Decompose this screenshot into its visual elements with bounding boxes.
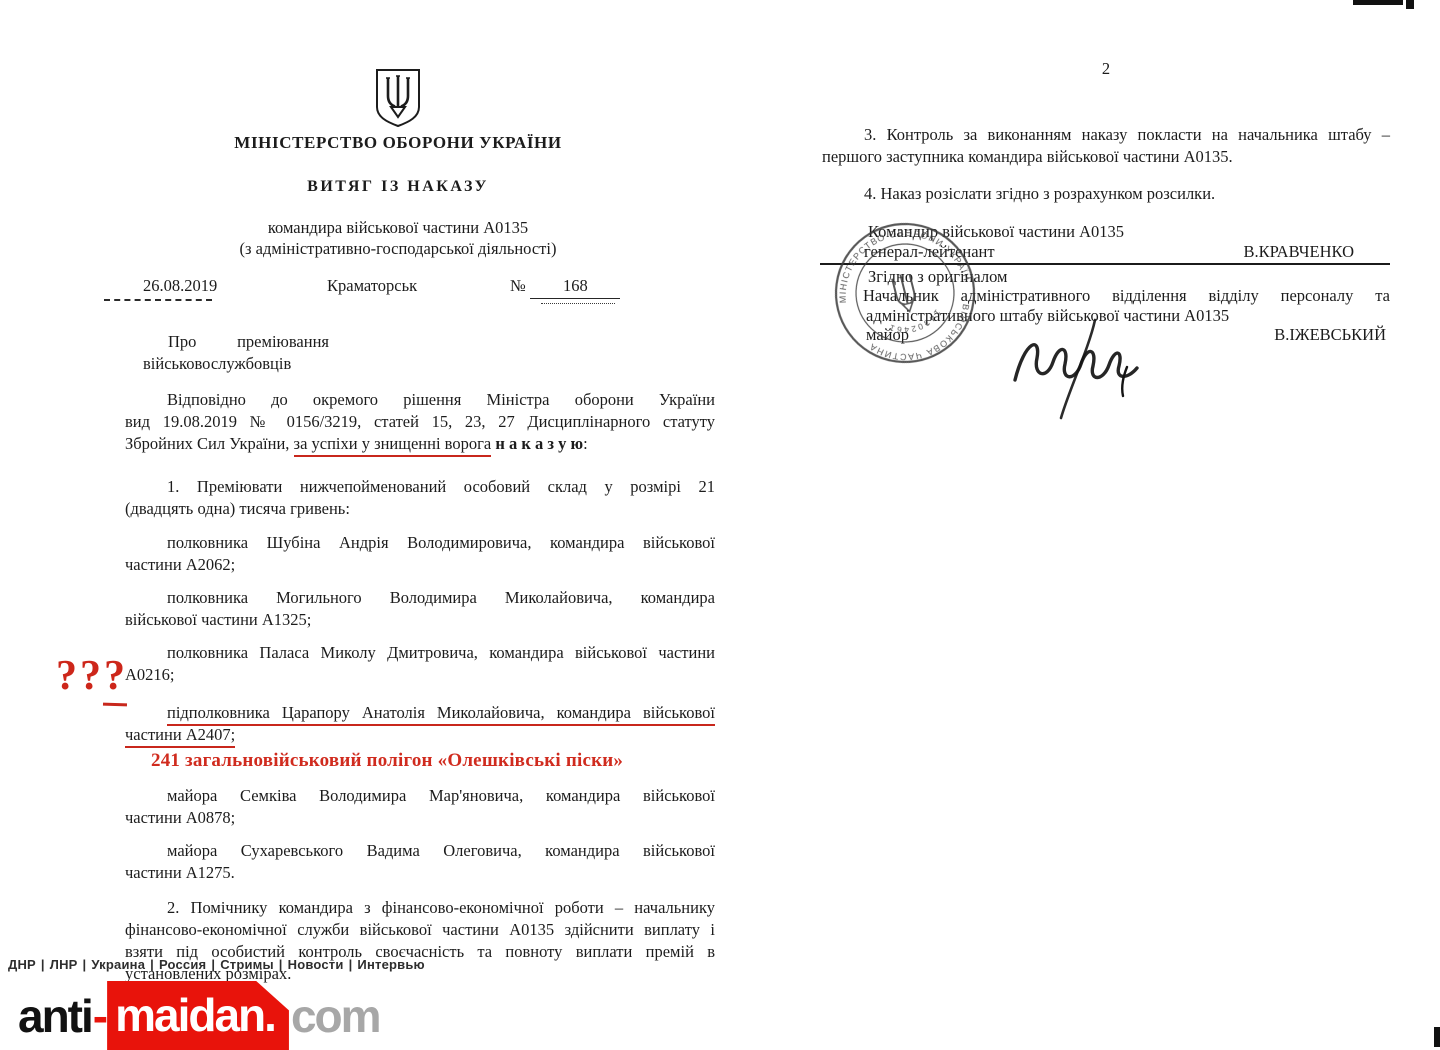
nav-separator: | [349, 957, 353, 972]
officer-line: А0216; [125, 664, 715, 686]
nav-separator: | [211, 957, 215, 972]
number-underline-dots [541, 303, 615, 304]
scan-artifact-top-right [1353, 0, 1403, 5]
item-3-line-2: першого заступника командира військової … [822, 146, 1390, 168]
addressee-line-1: командира військової частини А0135 [125, 217, 671, 238]
ministry-title: МІНІСТЕРСТВО ОБОРОНИ УКРАЇНИ [125, 133, 671, 153]
officer-line: частини А2062; [125, 554, 715, 576]
order-date: 26.08.2019 [143, 276, 217, 296]
officer-line-red-underlined: підполковника Царапору Анатолія Миколайо… [125, 702, 715, 724]
logo-text-com: com [291, 989, 380, 1043]
officer-entry: полковника Могильного Володимира Миколай… [125, 587, 715, 631]
item-1-line-2: (двадцять одна) тисяча гривень: [125, 498, 715, 520]
item-3: 3. Контроль за виконанням наказу покласт… [822, 124, 1390, 168]
officer-entry: майора Семківа Володимира Мар'яновича, к… [125, 785, 715, 829]
officer-line: полковника Могильного Володимира Миколай… [125, 587, 715, 609]
intro-line-3-pre: Збройних Сил України, [125, 434, 289, 453]
officer-line: військової частини А1325; [125, 609, 715, 631]
number-underline [530, 298, 620, 299]
item-4-line: 4. Наказ розіслати згідно з розрахунком … [822, 183, 1390, 205]
nav-item[interactable]: Новости [288, 957, 344, 972]
number-sign: № [510, 276, 526, 296]
subject-word-1: Про [168, 331, 196, 353]
stamp-trident-icon [892, 272, 919, 313]
item-1: 1. Преміювати нижчепойменований особовий… [125, 476, 715, 520]
officer-entry: полковника Паласа Миколу Дмитровича, ком… [125, 642, 715, 686]
trident-emblem-icon [373, 69, 423, 127]
stamp-ring-bottom-text: ВІЙСЬКОВА ЧАСТИНА [862, 301, 982, 372]
officer-line: частини А1275. [125, 862, 715, 884]
logo-text-anti: anti [18, 989, 92, 1043]
nav-separator: | [279, 957, 283, 972]
nav-item[interactable]: ДНР [8, 957, 36, 972]
footer-nav: ДНР|ЛНР|Украина|Россия|Стримы|Новости|Ин… [8, 957, 425, 972]
intro-line-3: Збройних Сил України, за успіхи у знищен… [125, 433, 715, 455]
officer-line-with-note: частини А2407;241 загальновійськовий пол… [125, 724, 715, 768]
officer-line: майора Сухаревського Вадима Олеговича, к… [125, 840, 715, 862]
nav-item[interactable]: Украина [91, 957, 145, 972]
officer-line: полковника Шубіна Андрія Володимировича,… [125, 532, 715, 554]
date-underline [104, 299, 212, 301]
intro-line-1: Відповідно до окремого рішення Міністра … [125, 389, 715, 411]
intro-paragraph: Відповідно до окремого рішення Міністра … [125, 389, 715, 455]
item-3-line-1: 3. Контроль за виконанням наказу покласт… [822, 124, 1390, 146]
officer-line: майора Семківа Володимира Мар'яновича, к… [125, 785, 715, 807]
item-2-line-2: фінансово-економічної служби військової … [125, 919, 715, 941]
nav-separator: | [150, 957, 154, 972]
officer-entry: полковника Шубіна Андрія Володимировича,… [125, 532, 715, 576]
logo-red-shape: maidan. [107, 981, 289, 1050]
logo-text-maidan: maidan. [115, 989, 275, 1041]
red-underlined-text: підполковника Царапору Анатолія Миколайо… [167, 703, 715, 726]
document-page-right: 2 3. Контроль за виконанням наказу покла… [822, 60, 1390, 345]
stamp-number: 14302461 [884, 306, 946, 340]
officer-list: полковника Шубіна Андрія Володимировича,… [125, 532, 715, 884]
stamp-ring-top-text: МІНІСТЕРСТВО ОБОРОНИ УКРАЇНИ [814, 202, 972, 316]
nav-item[interactable]: ЛНР [50, 957, 78, 972]
signature-tail-mark [1114, 365, 1134, 404]
officer-line: частини А0878; [125, 807, 715, 829]
officer-entry: майора Сухаревського Вадима Олеговича, к… [125, 840, 715, 884]
certifier-name: В.ІЖЕВСЬКИЙ [1274, 325, 1386, 345]
document-page-left: МІНІСТЕРСТВО ОБОРОНИ УКРАЇНИ ВИТЯГ ІЗ НА… [125, 60, 715, 985]
nav-separator: | [83, 957, 87, 972]
red-underline-overhang [103, 703, 127, 706]
document-header: МІНІСТЕРСТВО ОБОРОНИ УКРАЇНИ ВИТЯГ ІЗ НА… [125, 69, 671, 259]
order-number: 168 [563, 276, 588, 296]
order-type-title: ВИТЯГ ІЗ НАКАЗУ [125, 178, 671, 196]
scan-artifact-top-right-2 [1406, 0, 1414, 9]
item-2-line-1: 2. Помічнику командира з фінансово-еконо… [125, 897, 715, 919]
site-logo[interactable]: anti-maidan.com [18, 981, 380, 1050]
nav-item[interactable]: Россия [159, 957, 206, 972]
logo-hyphen: - [93, 989, 106, 1043]
commander-name: В.КРАВЧЕНКО [1243, 242, 1354, 262]
officer-entry-annotated: підполковника Царапору Анатолія Миколайо… [125, 702, 715, 768]
item-4: 4. Наказ розіслати згідно з розрахунком … [822, 183, 1390, 205]
svg-text:МІНІСТЕРСТВО ОБОРОНИ УКРАЇНИ: МІНІСТЕРСТВО ОБОРОНИ УКРАЇНИ [814, 202, 972, 316]
order-verb-bold: н а к а з у ю [495, 434, 583, 453]
red-underlined-text: частини А2407; [125, 725, 235, 748]
addressee-line-2: (з адміністративно-господарської діяльно… [125, 238, 671, 259]
red-annotation-note: 241 загальновійськовий полігон «Олешківс… [151, 750, 623, 772]
red-question-marks: ??? [56, 655, 128, 697]
subject-word-2: преміювання [237, 331, 329, 353]
officer-line: полковника Паласа Миколу Дмитровича, ком… [125, 642, 715, 664]
subject-line-1: Про преміювання [143, 331, 329, 353]
intro-line-3-colon: : [583, 434, 588, 453]
emblem-wrap [125, 69, 671, 129]
signature-scribble [1007, 318, 1157, 428]
nav-item[interactable]: Стримы [220, 957, 274, 972]
page-number: 2 [822, 60, 1390, 78]
nav-separator: | [41, 957, 45, 972]
svg-text:ВІЙСЬКОВА ЧАСТИНА: ВІЙСЬКОВА ЧАСТИНА [862, 301, 982, 372]
subject-line-2: військовослужбовців [143, 353, 329, 375]
scan-artifact-bottom-right [1434, 1027, 1440, 1047]
nav-item[interactable]: Интервью [357, 957, 424, 972]
subject-block: Про преміювання військовослужбовців [143, 331, 329, 375]
item-1-line-1: 1. Преміювати нижчепойменований особовий… [125, 476, 715, 498]
svg-text:14302461: 14302461 [884, 306, 946, 340]
order-place: Краматорськ [327, 276, 417, 296]
date-place-number-row: 26.08.2019 Краматорськ № 168 [125, 276, 715, 306]
red-underlined-phrase: за успіхи у знищенні ворога [294, 434, 492, 457]
intro-line-2: вид 19.08.2019 № 0156/3219, статей 15, 2… [125, 411, 715, 433]
